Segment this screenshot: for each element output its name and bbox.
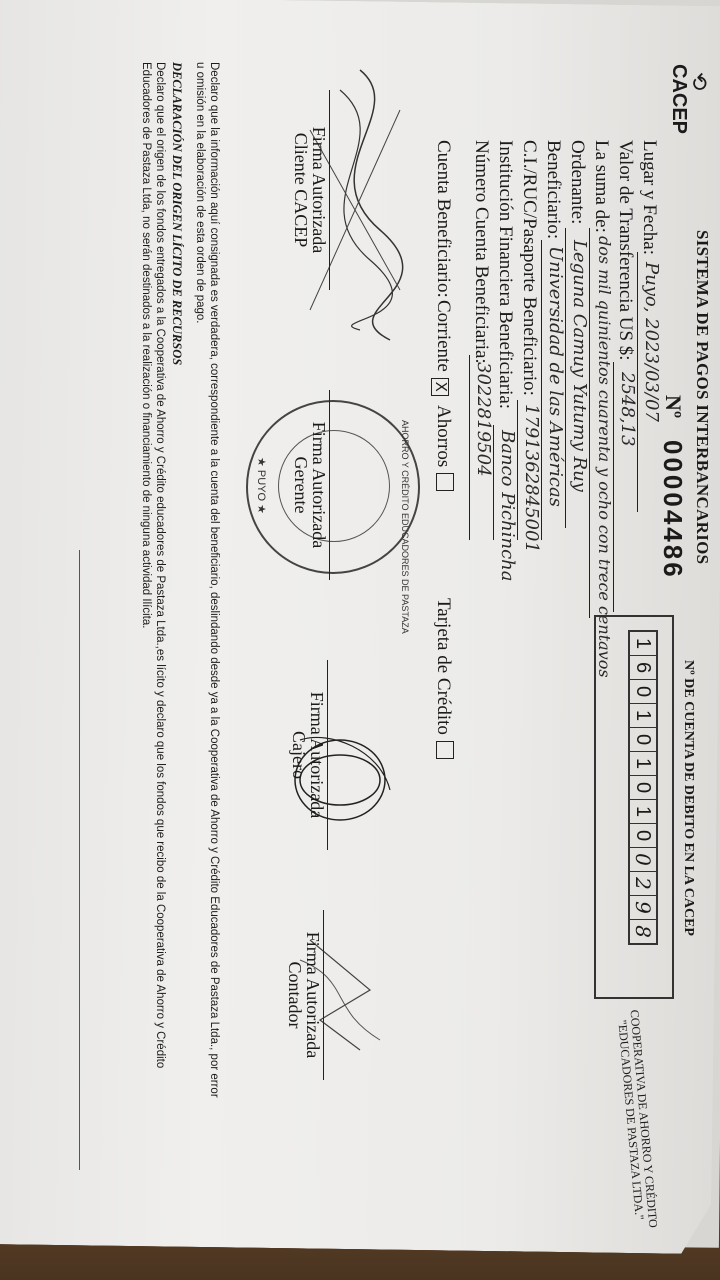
gerente-signature-line <box>329 390 330 580</box>
signature-gerente-role: Gerente <box>292 395 310 575</box>
signature-gerente: Firma Autorizada Gerente <box>292 395 328 575</box>
account-digit: 0 <box>630 680 656 704</box>
tarjeta-label: Tarjeta de Crédito <box>433 598 454 735</box>
suma-value[interactable]: dos mil quinientos cuarenta y ocho con t… <box>595 236 614 678</box>
payment-order-form: ⟲ CACEP SISTEMA DE PAGOS INTERBANCARIOS … <box>0 0 720 1240</box>
origin-declaration-title: DECLARACIÓN DEL ORIGEN LÍCITO DE RECURSO… <box>169 62 184 365</box>
debit-account-title: Nº DE CUENTA DE DEBITO EN LA CACEP <box>680 660 696 936</box>
signature-cajero-role: Cajero <box>290 665 308 845</box>
number-label: Nº <box>660 395 686 418</box>
ci-ruc-value[interactable]: 1791362845001 <box>521 404 542 553</box>
seal-text: AHORRO Y CRÉDITO EDUCADORES DE PASTAZA <box>400 420 410 634</box>
institucion-label: Institución Financiera Beneficiaria: <box>494 140 516 409</box>
system-title: SISTEMA DE PAGOS INTERBANCARIOS <box>692 230 712 564</box>
lugar-fecha-label: Lugar y Fecha: <box>638 140 660 255</box>
account-digit: 0 <box>630 824 656 848</box>
signature-contador-title: Firma Autorizada <box>304 905 322 1085</box>
cajero-signature-line <box>327 660 328 850</box>
account-type-label: Cuenta Beneficiario: <box>432 140 454 298</box>
option-ahorros[interactable]: Ahorros <box>432 405 454 491</box>
origin-declaration-text-cont: Educadores de Pastaza Ltda, no serán des… <box>140 62 152 628</box>
corriente-checkbox[interactable]: X <box>431 378 449 396</box>
account-digit: 9 <box>630 896 656 920</box>
contador-signature-line <box>323 910 324 1080</box>
beneficiario-value[interactable]: Universidad de las Américas <box>545 246 566 507</box>
account-digit: 1 <box>630 704 656 728</box>
account-digit: 0 <box>630 848 656 872</box>
cooperative-seal: AHORRO Y CRÉDITO EDUCADORES DE PASTAZA ★… <box>246 400 420 574</box>
cooperative-name: COOPERATIVA DE AHORRO Y CRÉDITO "EDUCADO… <box>615 1009 660 1229</box>
account-digit: 0 <box>630 728 656 752</box>
numero-cuenta-value[interactable]: 3022819504 <box>473 362 494 477</box>
ahorros-label: Ahorros <box>433 405 454 467</box>
signature-cliente-title: Firma Autorizada <box>310 100 328 280</box>
option-corriente[interactable]: CorrienteX <box>431 300 454 396</box>
truth-statement: Declaro que la información aquí consigna… <box>208 62 220 1098</box>
logo-text: CACEP <box>667 64 690 134</box>
signature-cliente-role: Cliente CACEP <box>292 100 310 280</box>
truth-statement-cont: u omisión en la elaboración de esta orde… <box>194 62 206 324</box>
account-digit: 0 <box>630 776 656 800</box>
tarjeta-checkbox[interactable] <box>436 741 454 759</box>
debit-account-digits: 1601010100298 <box>628 630 658 945</box>
ordenante-value[interactable]: Leguna Camuy Yutumy Ruy <box>569 240 590 492</box>
account-digit: 8 <box>630 920 656 943</box>
suma-label: La suma de: <box>590 140 612 233</box>
signature-cajero: Firma Autorizada Cajero <box>290 665 326 845</box>
corriente-label: Corriente <box>433 300 454 372</box>
signature-contador: Firma Autorizada Contador <box>286 905 322 1085</box>
client-signature-line <box>329 90 330 290</box>
account-digit: 2 <box>630 872 656 896</box>
valor-label: Valor de Transferencia US $: <box>614 140 636 361</box>
ordenante-label: Ordenante: <box>566 140 588 224</box>
signature-cajero-title: Firma Autorizada <box>308 665 326 845</box>
option-tarjeta[interactable]: Tarjeta de Crédito <box>432 598 454 759</box>
institucion-value[interactable]: Banco Pichincha <box>497 430 518 582</box>
account-digit: 1 <box>630 800 656 824</box>
ci-ruc-label: C.I./RUC/Pasaporte Beneficiario: <box>518 140 540 396</box>
origin-declaration-text: Declaro que el origen de los fondos entr… <box>154 62 166 1068</box>
beneficiario-label: Beneficiario: <box>542 140 564 239</box>
seal-city: ★ PUYO ★ <box>255 457 268 514</box>
account-digit: 1 <box>630 752 656 776</box>
account-digit: 1 <box>630 632 656 656</box>
numero-cuenta-label: Número Cuenta Beneficiaria: <box>470 140 492 364</box>
ahorros-checkbox[interactable] <box>436 473 454 491</box>
bottom-rule <box>79 550 80 1170</box>
lugar-fecha-value[interactable]: Puyo, 2023/03/07 <box>641 262 662 422</box>
signature-contador-role: Contador <box>286 905 304 1085</box>
document-number: 00004486 <box>657 440 688 580</box>
account-digit: 6 <box>630 656 656 680</box>
signature-gerente-title: Firma Autorizada <box>310 395 328 575</box>
numero-cuenta-line <box>469 355 470 540</box>
signature-cliente: Firma Autorizada Cliente CACEP <box>292 100 328 280</box>
valor-value[interactable]: 2548,13 <box>617 372 638 446</box>
